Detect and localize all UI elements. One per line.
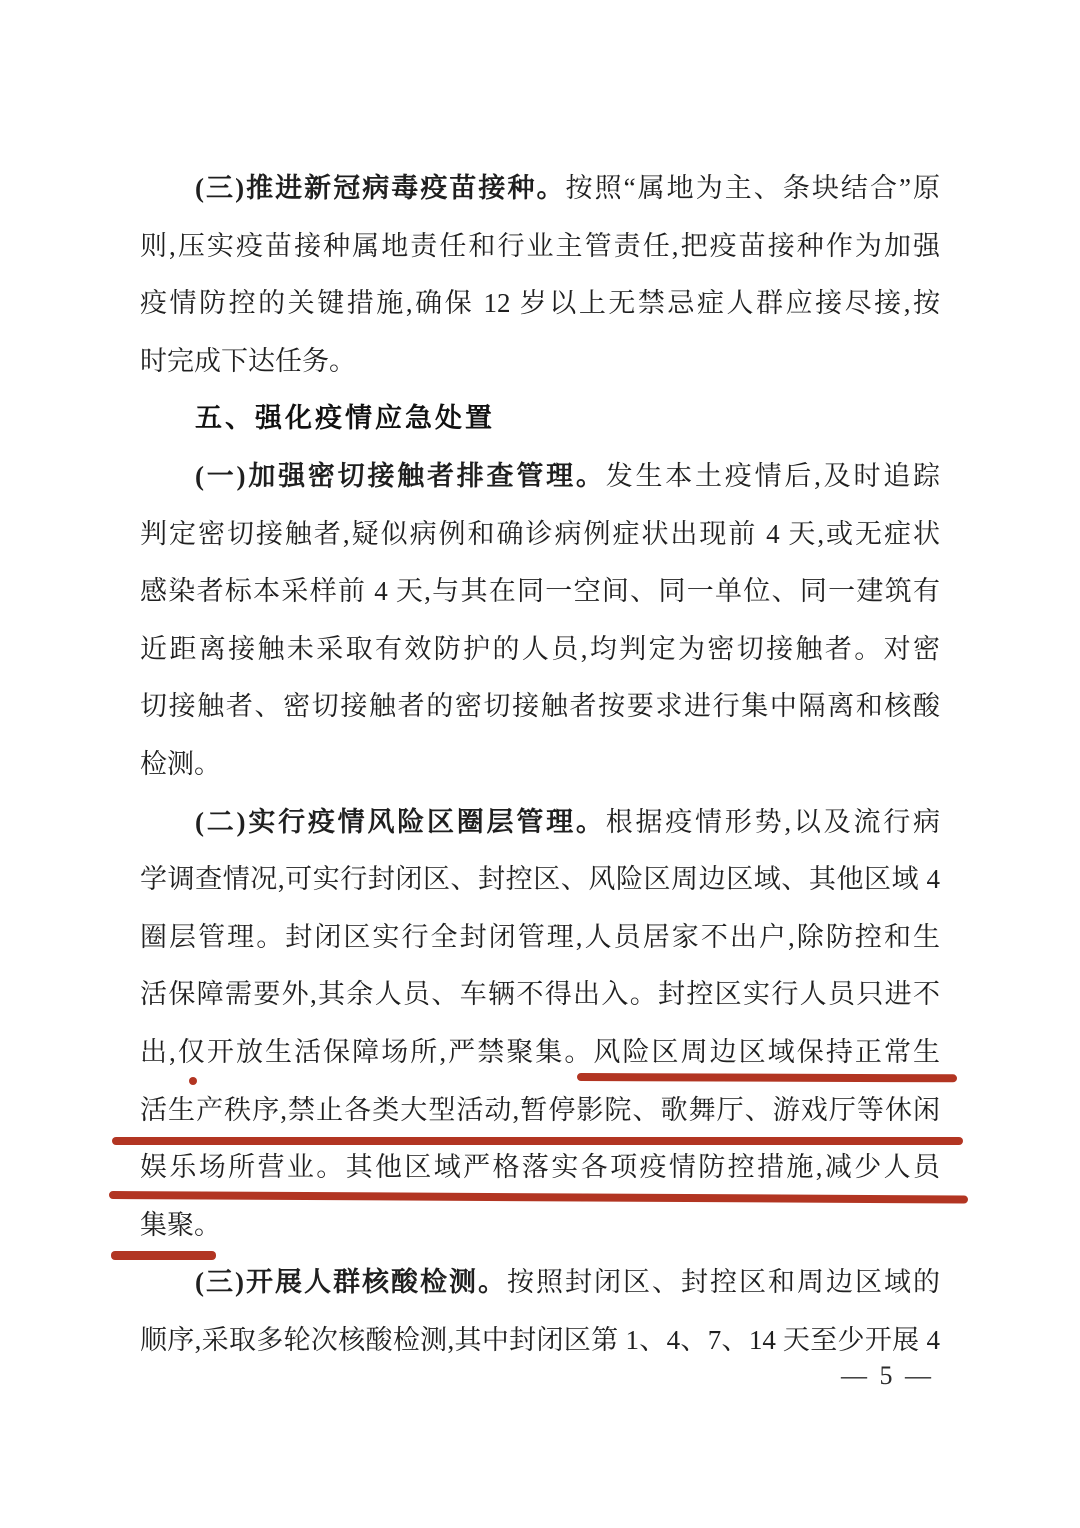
text-segment: 五、强化疫情应急处置 — [195, 403, 495, 433]
text-line: 集聚。 — [140, 1197, 940, 1255]
text-segment: 活保障需要外,其余人员、车辆不得出入。封控区实行人员只进不 — [140, 979, 940, 1009]
text-segment: 按照“属地为主、条块结合”原 — [566, 173, 940, 203]
text-line: 判定密切接触者,疑似病例和确诊病例症状出现前 4 天,或无症状 — [140, 506, 940, 564]
red-dot-annotation — [189, 1077, 197, 1085]
text-line: 圈层管理。封闭区实行全封闭管理,人员居家不出户,除防控和生 — [140, 909, 940, 967]
text-line: 时完成下达任务。 — [140, 333, 940, 391]
text-line: (三)开展人群核酸检测。按照封闭区、封控区和周边区域的 — [140, 1254, 940, 1312]
text-line: 感染者标本采样前 4 天,与其在同一空间、同一单位、同一建筑有 — [140, 563, 940, 621]
text-line: 顺序,采取多轮次核酸检测,其中封闭区第 1、4、7、14 天至少开展 4 — [140, 1312, 940, 1370]
text-segment: 则,压实疫苗接种属地责任和行业主管责任,把疫苗接种作为加强 — [140, 231, 940, 261]
text-line: (二)实行疫情风险区圈层管理。根据疫情形势,以及流行病 — [140, 794, 940, 852]
text-segment: 判定密切接触者,疑似病例和确诊病例症状出现前 4 天,或无症状 — [140, 519, 940, 549]
text-segment: 圈层管理。封闭区实行全封闭管理,人员居家不出户,除防控和生 — [140, 922, 940, 952]
text-segment: 切接触者、密切接触者的密切接触者按要求进行集中隔离和核酸 — [140, 691, 940, 721]
paragraph-lead: (一)加强密切接触者排查管理。 — [195, 461, 606, 491]
section-heading: 五、强化疫情应急处置 — [140, 390, 940, 448]
text-segment: 活生产秩序,禁止各类大型活动,暂停影院、歌舞厅、游戏厅等休闲 — [140, 1095, 940, 1125]
text-line: 娱乐场所营业。其他区域严格落实各项疫情防控措施,减少人员 — [140, 1139, 940, 1197]
text-line: 活生产秩序,禁止各类大型活动,暂停影院、歌舞厅、游戏厅等休闲 — [140, 1082, 940, 1140]
text-segment: 根据疫情形势,以及流行病 — [606, 807, 940, 837]
text-line: 检测。 — [140, 736, 940, 794]
text-segment: 疫情防控的关键措施,确保 12 岁以上无禁忌症人群应接尽接,按 — [140, 288, 940, 318]
text-segment: 按照封闭区、封控区和周边区域的 — [507, 1267, 940, 1297]
text-segment: 时完成下达任务。 — [140, 346, 356, 376]
text-line: 学调查情况,可实行封闭区、封控区、风险区周边区域、其他区域 4 — [140, 851, 940, 909]
text-segment: 学调查情况,可实行封闭区、封控区、风险区周边区域、其他区域 4 — [140, 864, 940, 894]
text-segment: 近距离接触未采取有效防护的人员,均判定为密切接触者。对密 — [140, 634, 940, 664]
paragraph-lead: (三)开展人群核酸检测。 — [195, 1267, 507, 1297]
paragraph-lead: (三)推进新冠病毒疫苗接种。 — [195, 173, 566, 203]
text-line: 则,压实疫苗接种属地责任和行业主管责任,把疫苗接种作为加强 — [140, 218, 940, 276]
text-line: 近距离接触未采取有效防护的人员,均判定为密切接触者。对密 — [140, 621, 940, 679]
red-underline-annotation — [111, 1251, 216, 1260]
red-underline-annotation — [112, 1137, 963, 1145]
paragraph-lead: (二)实行疫情风险区圈层管理。 — [195, 807, 606, 837]
red-underline-annotation — [577, 1073, 957, 1082]
text-line: 切接触者、密切接触者的密切接触者按要求进行集中隔离和核酸 — [140, 678, 940, 736]
text-segment: 出,仅开放生活保障场所,严禁聚集。风险区周边区域保持正常生 — [140, 1037, 940, 1067]
text-line: (一)加强密切接触者排查管理。发生本土疫情后,及时追踪 — [140, 448, 940, 506]
text-line: (三)推进新冠病毒疫苗接种。按照“属地为主、条块结合”原 — [140, 160, 940, 218]
text-line: 活保障需要外,其余人员、车辆不得出入。封控区实行人员只进不 — [140, 966, 940, 1024]
text-segment: 检测。 — [140, 749, 221, 779]
text-segment: 发生本土疫情后,及时追踪 — [606, 461, 940, 491]
text-segment: 集聚。 — [140, 1210, 221, 1240]
text-segment: 娱乐场所营业。其他区域严格落实各项疫情防控措施,减少人员 — [140, 1152, 940, 1182]
page-number: — 5 — — [841, 1356, 934, 1396]
text-line: 疫情防控的关键措施,确保 12 岁以上无禁忌症人群应接尽接,按 — [140, 275, 940, 333]
text-segment: 顺序,采取多轮次核酸检测,其中封闭区第 1、4、7、14 天至少开展 4 — [140, 1325, 940, 1355]
text-segment: 感染者标本采样前 4 天,与其在同一空间、同一单位、同一建筑有 — [140, 576, 940, 606]
text-block: (三)推进新冠病毒疫苗接种。按照“属地为主、条块结合”原则,压实疫苗接种属地责任… — [140, 160, 940, 1369]
document-page: (三)推进新冠病毒疫苗接种。按照“属地为主、条块结合”原则,压实疫苗接种属地责任… — [0, 0, 1080, 1528]
